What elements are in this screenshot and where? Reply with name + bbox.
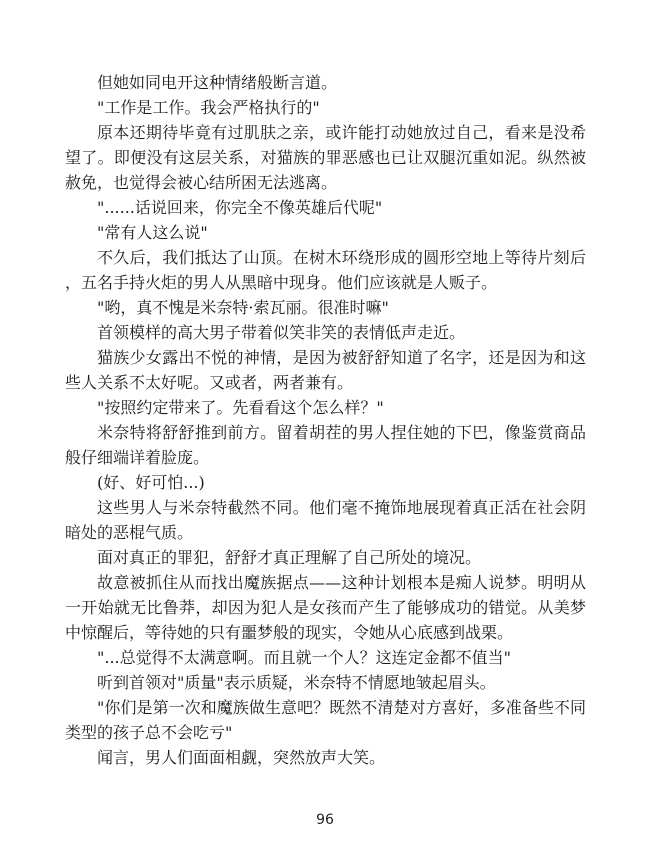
paragraph: 面对真正的罪犯，舒舒才真正理解了自己所处的境况。 [65,545,586,570]
paragraph: 原本还期待毕竟有过肌肤之亲，或许能打动她放过自己，看来是没希望了。即便没有这层关… [65,120,586,195]
paragraph: 不久后，我们抵达了山顶。在树木环绕形成的圆形空地上等待片刻后，五名手持火炬的男人… [65,245,586,295]
paragraph: 闻言，男人们面面相觑，突然放声大笑。 [65,745,586,770]
paragraph: 首领模样的高大男子带着似笑非笑的表情低声走近。 [65,320,586,345]
paragraph: "......话说回来，你完全不像英雄后代呢" [65,195,586,220]
paragraph: "常有人这么说" [65,220,586,245]
page-body-text: 但她如同电开这种情绪般断言道。"工作是工作。我会严格执行的"原本还期待毕竟有过肌… [65,70,586,770]
page-number: 96 [0,812,650,828]
paragraph: 这些男人与米奈特截然不同。他们毫不掩饰地展现着真正活在社会阴暗处的恶棍气质。 [65,495,586,545]
paragraph: "按照约定带来了。先看看这个怎么样？" [65,395,586,420]
paragraph: (好、好可怕...) [65,470,586,495]
paragraph: "...总觉得不太满意啊。而且就一个人？这连定金都不值当" [65,645,586,670]
paragraph: 故意被抓住从而找出魔族据点——这种计划根本是痴人说梦。明明从一开始就无比鲁莽，却… [65,570,586,645]
paragraph: "工作是工作。我会严格执行的" [65,95,586,120]
paragraph: "哟，真不愧是米奈特·索瓦丽。很准时嘛" [65,295,586,320]
paragraph: 但她如同电开这种情绪般断言道。 [65,70,586,95]
paragraph: 米奈特将舒舒推到前方。留着胡茬的男人捏住她的下巴，像鉴赏商品般仔细端详着脸庞。 [65,420,586,470]
document-page: 但她如同电开这种情绪般断言道。"工作是工作。我会严格执行的"原本还期待毕竟有过肌… [0,0,650,850]
paragraph: 听到首领对"质量"表示质疑，米奈特不情愿地皱起眉头。 [65,670,586,695]
paragraph: "你们是第一次和魔族做生意吧？既然不清楚对方喜好，多准备些不同类型的孩子总不会吃… [65,695,586,745]
paragraph: 猫族少女露出不悦的神情，是因为被舒舒知道了名字，还是因为和这些人关系不太好呢。又… [65,345,586,395]
